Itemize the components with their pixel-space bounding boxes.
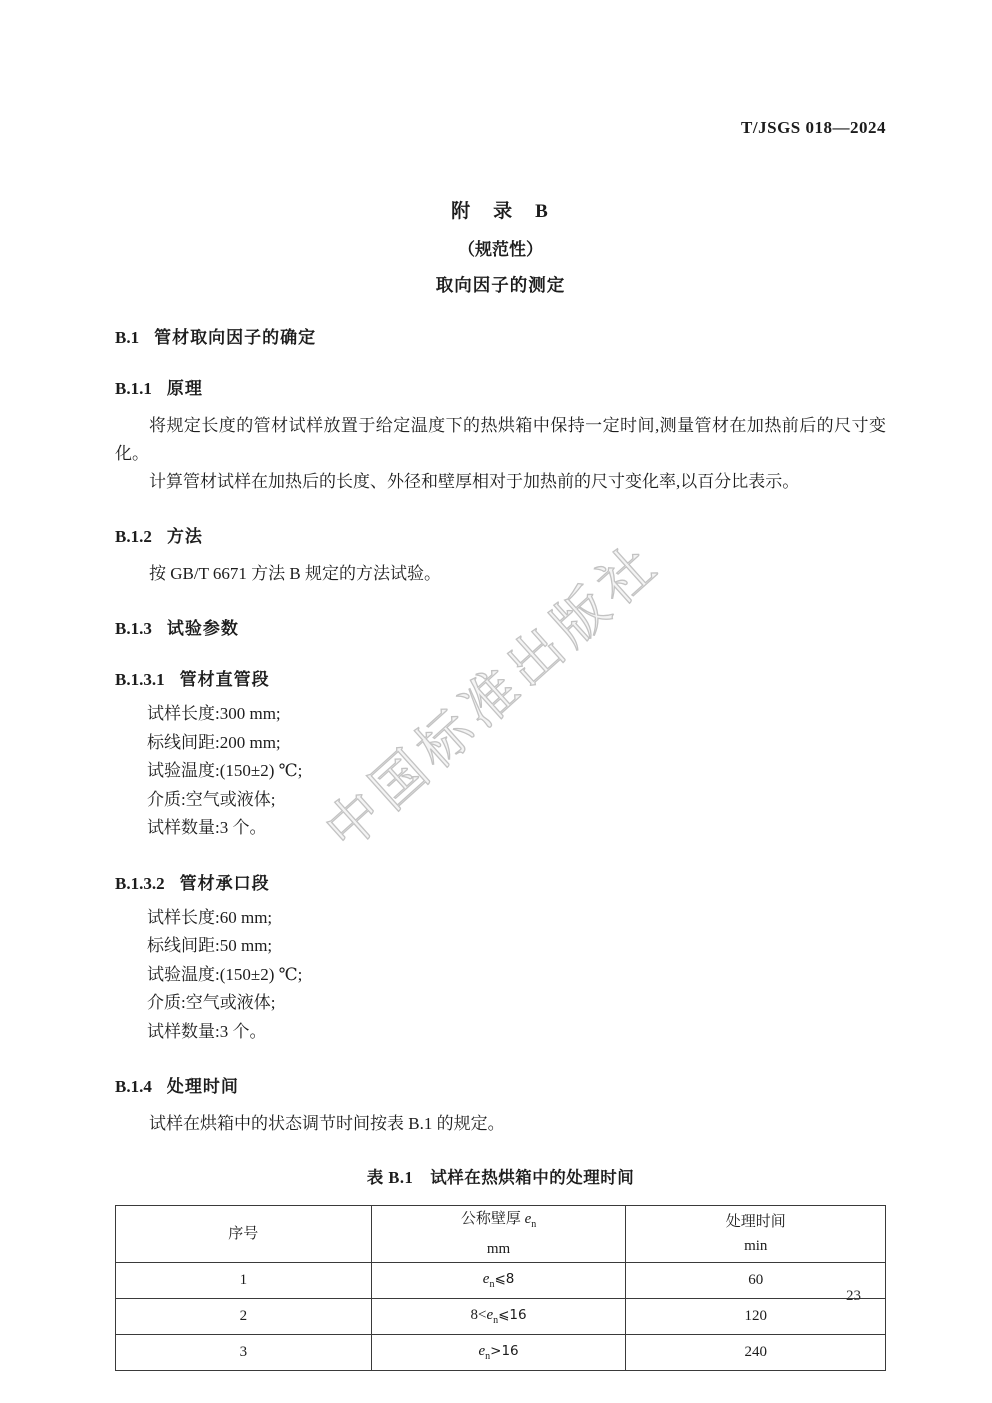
treatment-time-table: 序号 公称壁厚 en mm 处理时间 min 1 en⩽8 60 — [115, 1205, 886, 1371]
paragraph-b12-1: 按 GB/T 6671 方法 B 规定的方法试验。 — [115, 560, 886, 588]
cell-serial: 1 — [116, 1263, 372, 1299]
cell-thickness-range: en>16 — [371, 1335, 626, 1371]
heading-label: 试验参数 — [167, 619, 239, 638]
document-page: T/JSGS 018—2024 中国标准出版社 附 录 B （规范性） 取向因子… — [0, 0, 992, 1403]
list-item: 标线间距:200 mm; — [147, 729, 886, 758]
heading-label: 方法 — [167, 527, 203, 546]
appendix-normative-label: （规范性） — [115, 235, 886, 260]
heading-b14: B.1.4处理时间 — [115, 1072, 886, 1097]
page-content: 附 录 B （规范性） 取向因子的测定 B.1管材取向因子的确定 B.1.1原理… — [115, 0, 886, 1371]
list-item: 试样长度:60 mm; — [147, 904, 886, 933]
heading-label: 管材直管段 — [180, 670, 270, 689]
heading-b1: B.1管材取向因子的确定 — [115, 323, 886, 348]
table-header-row: 序号 公称壁厚 en mm 处理时间 min — [116, 1206, 886, 1263]
parameter-list-socket: 试样长度:60 mm; 标线间距:50 mm; 试验温度:(150±2) ℃; … — [115, 904, 886, 1047]
appendix-subject-title: 取向因子的测定 — [115, 272, 886, 297]
paragraph-b11-1: 将规定长度的管材试样放置于给定温度下的热烘箱中保持一定时间,测量管材在加热前后的… — [115, 412, 886, 468]
heading-number: B.1.3.2 — [115, 874, 165, 893]
heading-number: B.1.3.1 — [115, 670, 165, 689]
list-item: 试验温度:(150±2) ℃; — [147, 961, 886, 990]
list-item: 标线间距:50 mm; — [147, 932, 886, 961]
header-line-unit: min — [626, 1234, 885, 1258]
list-item: 试样数量:3 个。 — [147, 1018, 886, 1047]
table-row: 1 en⩽8 60 — [116, 1263, 886, 1299]
table-row: 2 8<en⩽16 120 — [116, 1299, 886, 1335]
header-nominal-wall-thickness: 公称壁厚 en mm — [371, 1206, 626, 1263]
header-line-symbol: 公称壁厚 en — [372, 1207, 626, 1237]
heading-label: 管材取向因子的确定 — [154, 328, 316, 347]
list-item: 试样数量:3 个。 — [147, 814, 886, 843]
heading-label: 管材承口段 — [180, 874, 270, 893]
cell-serial: 3 — [116, 1335, 372, 1371]
heading-number: B.1.2 — [115, 527, 152, 546]
heading-b12: B.1.2方法 — [115, 522, 886, 547]
heading-number: B.1.3 — [115, 619, 152, 638]
standard-reference-header: T/JSGS 018—2024 — [741, 118, 886, 138]
page-number: 23 — [846, 1288, 861, 1305]
cell-serial: 2 — [116, 1299, 372, 1335]
heading-label: 处理时间 — [167, 1077, 239, 1096]
table-row: 3 en>16 240 — [116, 1335, 886, 1371]
appendix-title: 附 录 B — [115, 196, 886, 223]
heading-number: B.1 — [115, 328, 139, 347]
header-line-unit: mm — [372, 1237, 626, 1261]
paragraph-b11-2: 计算管材试样在加热后的长度、外径和壁厚相对于加热前的尺寸变化率,以百分比表示。 — [115, 468, 886, 496]
paragraph-b14-1: 试样在烘箱中的状态调节时间按表 B.1 的规定。 — [115, 1110, 886, 1138]
list-item: 试验温度:(150±2) ℃; — [147, 757, 886, 786]
cell-thickness-range: en⩽8 — [371, 1263, 626, 1299]
header-serial-number: 序号 — [116, 1206, 372, 1263]
cell-time: 240 — [626, 1335, 886, 1371]
appendix-title-block: 附 录 B （规范性） 取向因子的测定 — [115, 196, 886, 297]
header-line-title: 处理时间 — [626, 1210, 885, 1234]
heading-b11: B.1.1原理 — [115, 374, 886, 399]
heading-number: B.1.1 — [115, 379, 152, 398]
list-item: 介质:空气或液体; — [147, 786, 886, 815]
cell-thickness-range: 8<en⩽16 — [371, 1299, 626, 1335]
parameter-list-straight-pipe: 试样长度:300 mm; 标线间距:200 mm; 试验温度:(150±2) ℃… — [115, 700, 886, 843]
list-item: 介质:空气或液体; — [147, 989, 886, 1018]
heading-b131: B.1.3.1管材直管段 — [115, 665, 886, 690]
heading-label: 原理 — [167, 379, 203, 398]
header-treatment-time: 处理时间 min — [626, 1206, 886, 1263]
heading-number: B.1.4 — [115, 1077, 152, 1096]
heading-b13: B.1.3试验参数 — [115, 614, 886, 639]
heading-b132: B.1.3.2管材承口段 — [115, 869, 886, 894]
list-item: 试样长度:300 mm; — [147, 700, 886, 729]
table-caption: 表 B.1 试样在热烘箱中的处理时间 — [115, 1164, 886, 1188]
